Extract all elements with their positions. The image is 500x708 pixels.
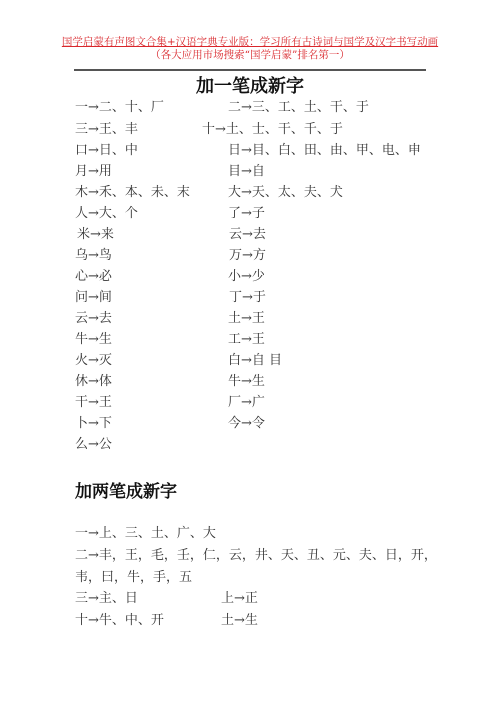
section2-line: 二→丰，王，毛，壬，仁，云，井、天、丑、元、夫、日，开， — [75, 548, 437, 564]
section1-left-item: 火→灭 — [75, 353, 112, 369]
section1-right-item: 万→方 — [229, 248, 266, 264]
promo-banner: 国学启蒙有声图文合集+汉语字典专业版：学习所有古诗词与国学及汉字书写动画 （各大… — [0, 36, 500, 62]
section2-pair-right: 土→生 — [221, 613, 258, 629]
section1-left-item: 月→用 — [75, 164, 112, 180]
section1-left-item: 么→公 — [75, 437, 112, 453]
section1-left-item: 一→二、十、厂 — [75, 100, 164, 116]
section1-right-item: 大→天、太、夫、犬 — [228, 185, 343, 201]
promo-banner-line1[interactable]: 国学启蒙有声图文合集+汉语字典专业版：学习所有古诗词与国学及汉字书写动画 — [0, 36, 500, 49]
section1-left-item: 云→去 — [75, 311, 112, 327]
section1-right-item: 小→少 — [228, 269, 265, 285]
section1-left-item: 卜→下 — [75, 416, 112, 432]
section2-title: 加两笔成新字 — [75, 481, 177, 503]
section1-right-item: 牛→生 — [228, 374, 265, 390]
section1-left-item: 口→日、中 — [75, 143, 138, 159]
section1-right-item: 工→王 — [228, 332, 265, 348]
section1-right-item: 今→令 — [228, 416, 265, 432]
section1-right-item: 厂→广 — [228, 395, 265, 411]
section1-left-item: 心→必 — [75, 269, 112, 285]
section2-line: 韦，曰，牛，手，五 — [75, 570, 192, 586]
section1-left-item: 干→王 — [75, 395, 112, 411]
section1-right-item: 日→目、白、田、由、甲、电、申 — [228, 143, 421, 159]
section1-left-item: 牛→生 — [75, 332, 112, 348]
section1-right-item: 目→自 — [228, 164, 265, 180]
section1-left-item: 休→体 — [75, 374, 112, 390]
section1-right-item: 十→土、士、干、千、于 — [202, 122, 343, 138]
section1-left-item: 问→间 — [75, 290, 112, 306]
section2-pair-left: 三→主、日 — [75, 591, 138, 607]
section1-left-item: 米→来 — [77, 227, 114, 243]
section1-right-item: 云→去 — [229, 227, 266, 243]
section2-pair-left: 十→牛、中、开 — [75, 613, 164, 629]
section1-right-item: 白→自 目 — [228, 353, 282, 369]
header-divider — [74, 69, 426, 71]
section1-left-item: 人→大、个 — [75, 206, 138, 222]
section1-right-item: 二→三、工、土、干、于 — [228, 100, 369, 116]
section1-title: 加一笔成新字 — [0, 74, 500, 100]
section2-line: 一→上、三、土、广、大 — [75, 526, 216, 542]
promo-banner-line2: （各大应用市场搜索“国学启蒙”排名第一） — [0, 49, 500, 62]
section1-left-item: 三→王、丰 — [75, 122, 138, 138]
section1-left-item: 木→禾、本、未、末 — [75, 185, 190, 201]
section1-right-item: 丁→于 — [229, 290, 266, 306]
section1-left-item: 乌→鸟 — [75, 248, 112, 264]
section1-right-item: 了→子 — [228, 206, 265, 222]
section2-pair-right: 上→正 — [221, 591, 258, 607]
section1-right-item: 土→王 — [228, 311, 265, 327]
